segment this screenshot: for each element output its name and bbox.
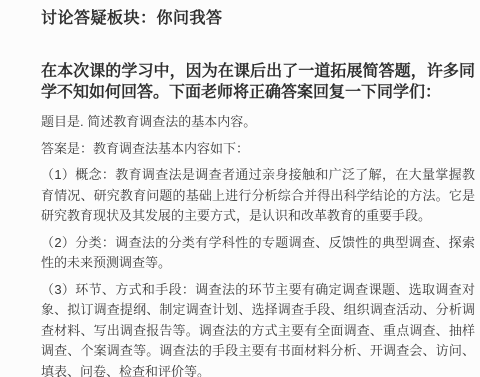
question-line: 题目是. 简述教育调查法的基本内容。 <box>41 112 475 133</box>
document-page: 讨论答疑板块：你问我答 在本次课的学习中，因为在课后出了一道拓展简答题，许多同学… <box>0 0 480 377</box>
intro-paragraph: 在本次课的学习中，因为在课后出了一道拓展简答题，许多同学不知如何回答。下面老师将… <box>41 61 475 103</box>
answer-heading-line: 答案是：教育调查法基本内容如下： <box>41 139 475 160</box>
answer-point-concept: （1）概念：教育调查法是调查者通过亲身接触和广泛了解，在大量掌握教育情况、研究教… <box>41 165 475 227</box>
answer-point-methods: （3）环节、方式和手段：调查法的环节主要有确定调查课题、选取调查对象、拟订调查提… <box>41 280 475 377</box>
page-title: 讨论答疑板块：你问我答 <box>41 8 475 30</box>
answer-point-classification: （2）分类：调查法的分类有学科性的专题调查、反馈性的典型调查、探索性的未来预测调… <box>41 233 475 274</box>
